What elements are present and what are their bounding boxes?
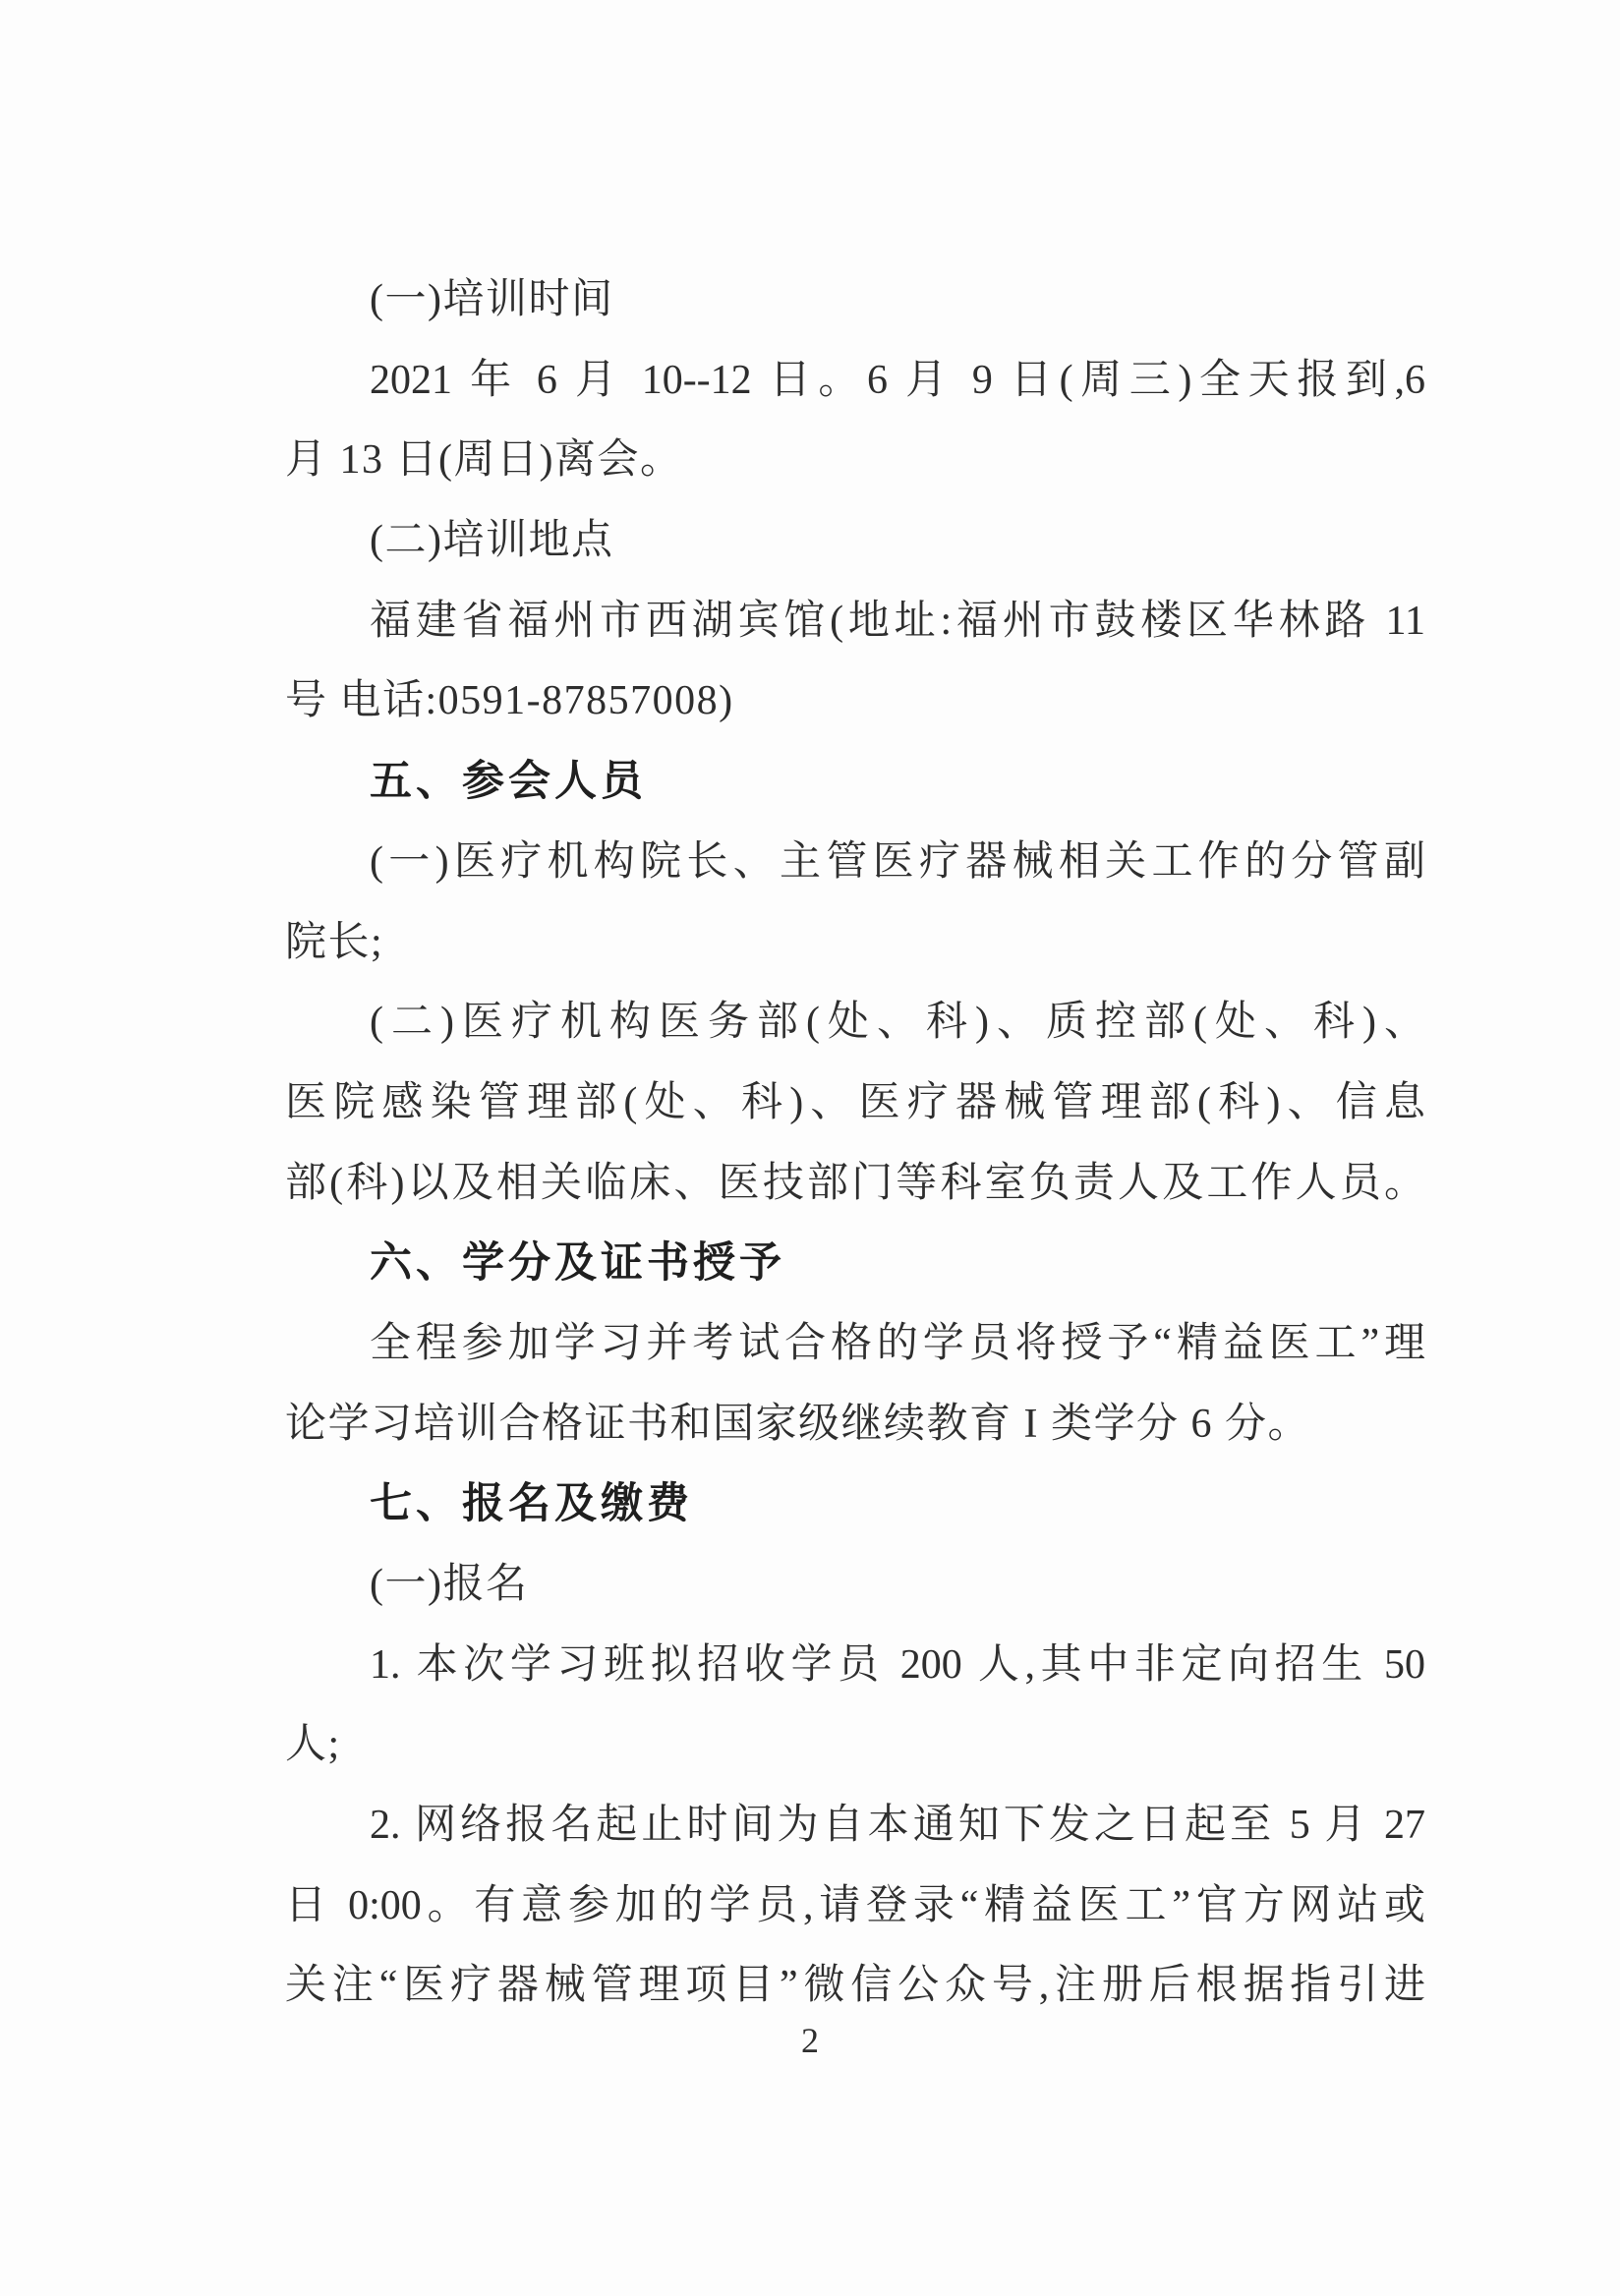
text-line: 1. 本次学习班拟招收学员 200 人,其中非定向招生 50 bbox=[285, 1626, 1425, 1706]
text-line: 2021 年 6 月 10--12 日。6 月 9 日(周三)全天报到,6 bbox=[285, 341, 1425, 422]
text-line: 论学习培训合格证书和国家级继续教育 I 类学分 6 分。 bbox=[285, 1385, 1425, 1465]
document-page: (一)培训时间 2021 年 6 月 10--12 日。6 月 9 日(周三)全… bbox=[0, 0, 1620, 2296]
subheading-training-location: (二)培训地点 bbox=[285, 501, 1425, 582]
text-line: 月 13 日(周日)离会。 bbox=[285, 421, 1425, 501]
text-line: 关注“医疗器械管理项目”微信公众号,注册后根据指引进 bbox=[285, 1946, 1425, 2027]
text-line: 院长; bbox=[285, 903, 1425, 984]
text-line: 日 0:00。有意参加的学员,请登录“精益医工”官方网站或 bbox=[285, 1866, 1425, 1947]
section-heading-credits: 六、学分及证书授予 bbox=[285, 1224, 1425, 1304]
section-heading-attendees: 五、参会人员 bbox=[285, 742, 1425, 823]
text-line: (二)医疗机构医务部(处、科)、质控部(处、科)、 bbox=[285, 983, 1425, 1063]
section-heading-registration: 七、报名及缴费 bbox=[285, 1464, 1425, 1545]
subheading-training-time: (一)培训时间 bbox=[285, 260, 1425, 341]
text-line: 部(科)以及相关临床、医技部门等科室负责人及工作人员。 bbox=[285, 1144, 1425, 1225]
subheading-signup: (一)报名 bbox=[285, 1545, 1425, 1626]
page-number: 2 bbox=[0, 2017, 1620, 2064]
text-line: 2. 网络报名起止时间为自本通知下发之日起至 5 月 27 bbox=[285, 1786, 1425, 1866]
text-line: (一)医疗机构院长、主管医疗器械相关工作的分管副 bbox=[285, 823, 1425, 903]
text-line: 医院感染管理部(处、科)、医疗器械管理部(科)、信息 bbox=[285, 1063, 1425, 1144]
text-line: 全程参加学习并考试合格的学员将授予“精益医工”理 bbox=[285, 1304, 1425, 1385]
text-line: 福建省福州市西湖宾馆(地址:福州市鼓楼区华林路 11 bbox=[285, 582, 1425, 662]
document-body: (一)培训时间 2021 年 6 月 10--12 日。6 月 9 日(周三)全… bbox=[285, 260, 1425, 2027]
text-line: 号 电话:0591-87857008) bbox=[285, 661, 1425, 742]
text-line: 人; bbox=[285, 1705, 1425, 1786]
